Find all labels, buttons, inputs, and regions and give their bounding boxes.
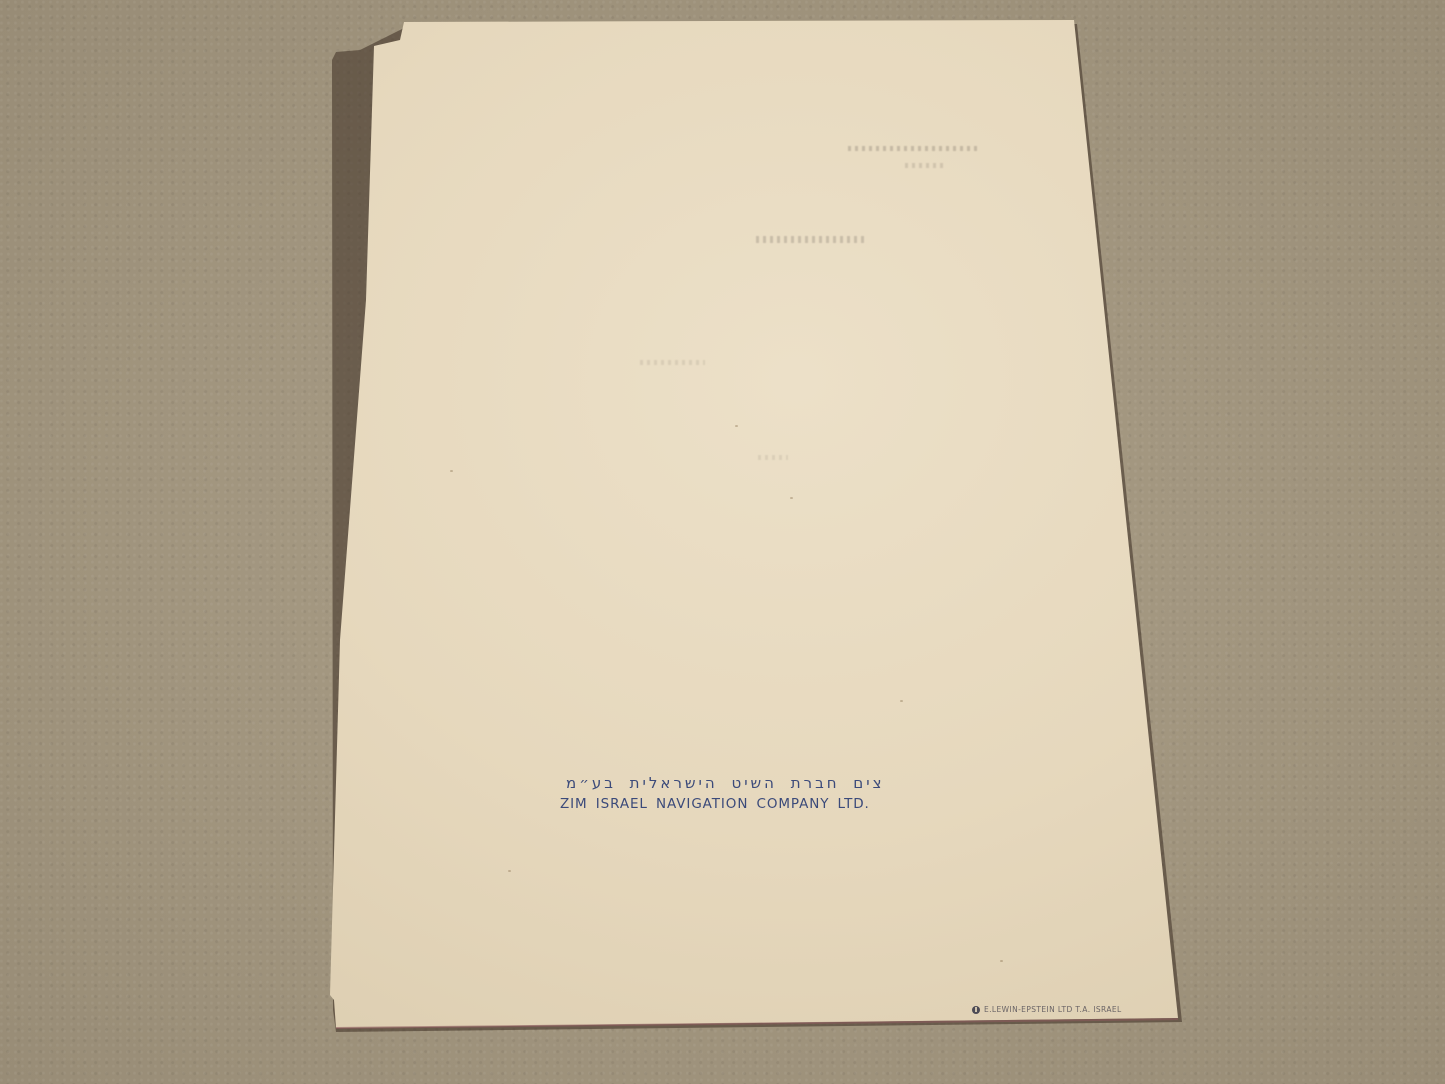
printer-credit: E.LEWIN-EPSTEIN LTD T.A. ISRAEL [972, 1005, 1122, 1014]
paper-speck [900, 700, 903, 702]
letterhead: צים חברת השיט הישראלית בע״מ ZIM ISRAEL N… [560, 773, 940, 813]
printer-logo-icon [972, 1006, 980, 1014]
paper-speck [450, 470, 453, 472]
bleed-through-mark [905, 163, 945, 168]
paper-speck [1000, 960, 1003, 962]
bleed-through-mark [848, 146, 980, 151]
company-name-english: ZIM ISRAEL NAVIGATION COMPANY LTD. [560, 795, 940, 813]
bleed-through-mark [640, 360, 705, 365]
company-name-hebrew: צים חברת השיט הישראלית בע״מ [560, 773, 916, 793]
printer-credit-text: E.LEWIN-EPSTEIN LTD T.A. ISRAEL [984, 1005, 1122, 1014]
paper-speck [790, 497, 793, 499]
paper-speck [508, 870, 511, 872]
paper-speck [735, 425, 738, 427]
bleed-through-mark [756, 236, 866, 243]
bleed-through-mark [758, 455, 788, 460]
